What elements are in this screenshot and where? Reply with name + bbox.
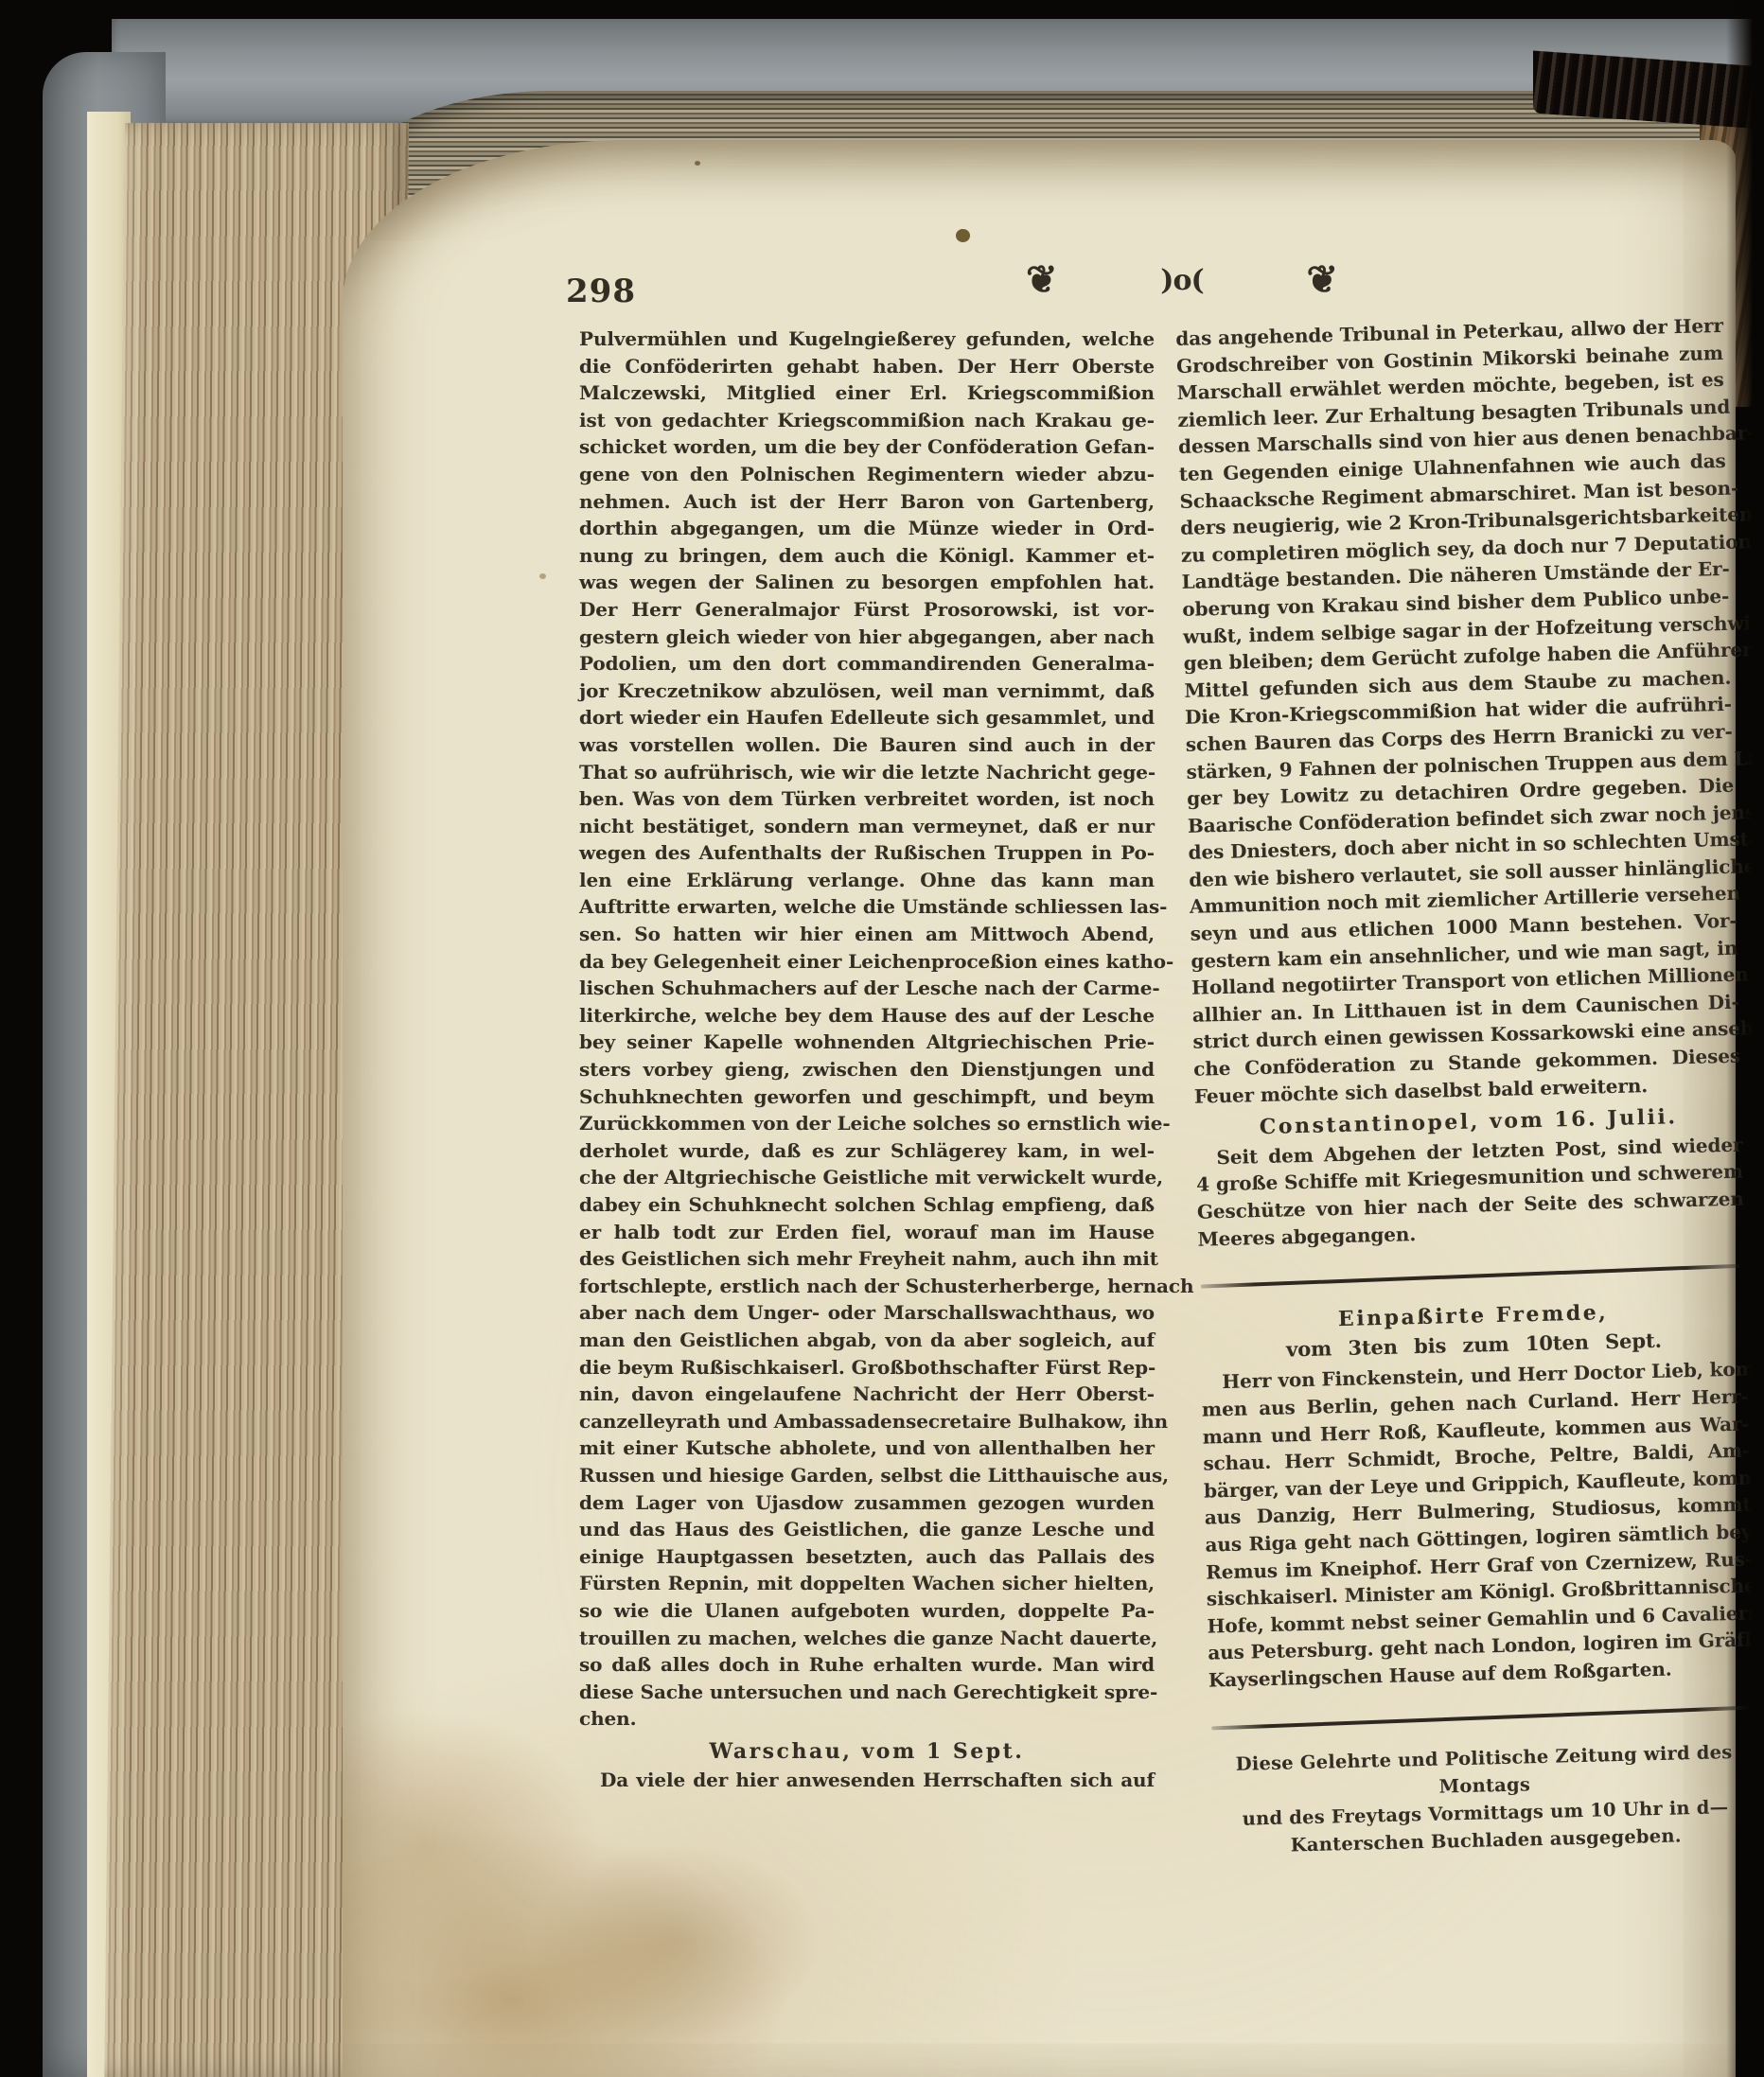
- text-line: derholet wurde, daß es zur Schlägerey ka…: [579, 1137, 1155, 1165]
- text-line: einige Hauptgassen besetzten, auch das P…: [579, 1543, 1155, 1571]
- text-line: und das Haus des Geistlichen, die ganze …: [579, 1516, 1155, 1543]
- text-line: canzelleyrath und Ambassadensecretaire B…: [579, 1408, 1155, 1435]
- text-line: chen.: [579, 1705, 1155, 1733]
- text-line: gestern gleich wieder von hier abgegange…: [579, 624, 1155, 651]
- header-ornaments: ❦ )o( ❦: [1026, 261, 1338, 299]
- text-line: diese Sache untersuchen und nach Gerecht…: [579, 1679, 1155, 1706]
- shell-ornament-right-icon: ❦: [1306, 261, 1338, 299]
- text-line: len eine Erklärung verlange. Ohne das ka…: [579, 867, 1155, 894]
- text-line: lischen Schuhmachers auf der Lesche nach…: [579, 975, 1155, 1002]
- text-line: schicket worden, um die bey der Conföder…: [579, 433, 1155, 461]
- book-page: 298 ❦ )o( ❦ Pulvermühlen und Kugelngieße…: [343, 140, 1736, 2077]
- shell-ornament-left-icon: ❦: [1026, 261, 1058, 299]
- book-photo: 298 ❦ )o( ❦ Pulvermühlen und Kugelngieße…: [0, 0, 1764, 2077]
- text-line: dorthin abgegangen, um die Münze wieder …: [579, 515, 1155, 542]
- text-line: aber nach dem Unger- oder Marschallswach…: [579, 1299, 1155, 1327]
- printed-area: 298 ❦ )o( ❦ Pulvermühlen und Kugelngieße…: [343, 140, 1736, 2077]
- text-line: nehmen. Auch ist der Herr Baron von Gart…: [579, 488, 1155, 516]
- text-line: nicht bestätiget, sondern man vermeynet,…: [579, 813, 1155, 840]
- text-line: die beym Rußischkaiserl. Großbothschafte…: [579, 1354, 1155, 1382]
- text-line: gene von den Polnischen Regimentern wied…: [579, 461, 1155, 488]
- spine-shadow: [1726, 0, 1764, 2077]
- text-line: so daß alles doch in Ruhe erhalten wurde…: [579, 1651, 1155, 1679]
- text-line: des Geistlichen sich mehr Freyheit nahm,…: [579, 1245, 1155, 1273]
- text-line: dem Lager von Ujasdow zusammen gezogen w…: [579, 1489, 1155, 1517]
- text-line: trouillen zu machen, welches die ganze N…: [579, 1625, 1155, 1652]
- right-text-column: das angehende Tribunal in Peterkau, allw…: [1175, 312, 1759, 1860]
- text-line: Auftritte erwarten, welche die Umstände …: [579, 893, 1155, 921]
- text-line: so wie die Ulanen aufgeboten wurden, dop…: [579, 1597, 1155, 1625]
- text-line: That so aufrührisch, wie wir die letzte …: [579, 759, 1155, 786]
- text-line: was wegen der Salinen zu besorgen empfoh…: [579, 569, 1155, 596]
- text-line: sters vorbey gieng, zwischen den Dienstj…: [579, 1056, 1155, 1083]
- text-line: ben. Was von dem Türken verbreitet worde…: [579, 785, 1155, 813]
- text-line: Malczewski, Mitglied einer Erl. Kriegsco…: [579, 379, 1155, 407]
- section-header: Warschau, vom 1 Sept.: [579, 1738, 1155, 1766]
- text-line: Fürsten Repnin, mit doppelten Wachen sic…: [579, 1570, 1155, 1597]
- text-line: die Conföderirten gehabt haben. Der Herr…: [579, 353, 1155, 380]
- left-text-column: Pulvermühlen und Kugelngießerey gefunden…: [579, 326, 1155, 1794]
- text-line: dort wieder ein Haufen Edelleute sich ge…: [579, 704, 1155, 731]
- text-line: man den Geistlichen abgab, von da aber s…: [579, 1327, 1155, 1354]
- divider-rule: [1211, 1705, 1751, 1730]
- page-number: 298: [566, 273, 636, 310]
- text-line: sen. So hatten wir hier einen am Mittwoc…: [579, 921, 1155, 948]
- text-line: er halb todt zur Erden fiel, worauf man …: [579, 1219, 1155, 1246]
- text-line: wegen des Aufenthalts der Rußischen Trup…: [579, 839, 1155, 867]
- text-line: ist von gedachter Kriegscommißion nach K…: [579, 407, 1155, 434]
- text-line: Russen und hiesige Garden, selbst die Li…: [579, 1462, 1155, 1489]
- text-line: Zurückkommen von der Leiche solches so e…: [579, 1110, 1155, 1137]
- text-line: che der Altgriechische Geistliche mit ve…: [579, 1164, 1155, 1191]
- text-line: Der Herr Generalmajor Fürst Prosorowski,…: [579, 596, 1155, 624]
- text-line: was vorstellen wollen. Die Bauren sind a…: [579, 731, 1155, 759]
- text-line: Da viele der hier anwesenden Herrschafte…: [579, 1767, 1155, 1794]
- text-line: Pulvermühlen und Kugelngießerey gefunden…: [579, 326, 1155, 353]
- text-line: literkirche, welche bey dem Hause des au…: [579, 1002, 1155, 1030]
- text-line: jor Kreczetnikow abzulösen, weil man ver…: [579, 678, 1155, 705]
- divider-rule: [1201, 1264, 1740, 1289]
- text-line: fortschlepte, erstlich nach der Schuster…: [579, 1273, 1155, 1300]
- text-line: Schuhknechten geworfen und geschimpft, u…: [579, 1083, 1155, 1111]
- text-line: da bey Gelegenheit einer Leichenproceßio…: [579, 948, 1155, 976]
- text-line: nin, davon eingelaufene Nachricht der He…: [579, 1381, 1155, 1408]
- text-line: dabey ein Schuhknecht solchen Schlag emp…: [579, 1191, 1155, 1219]
- column-separator-mark: )o(: [1160, 264, 1203, 297]
- text-line: mit einer Kutsche abholete, und von alle…: [579, 1435, 1155, 1462]
- text-line: bey seiner Kapelle wohnenden Altgriechis…: [579, 1029, 1155, 1056]
- text-line: Podolien, um den dort commandirenden Gen…: [579, 650, 1155, 678]
- text-line: nung zu bringen, dem auch die Königl. Ka…: [579, 542, 1155, 570]
